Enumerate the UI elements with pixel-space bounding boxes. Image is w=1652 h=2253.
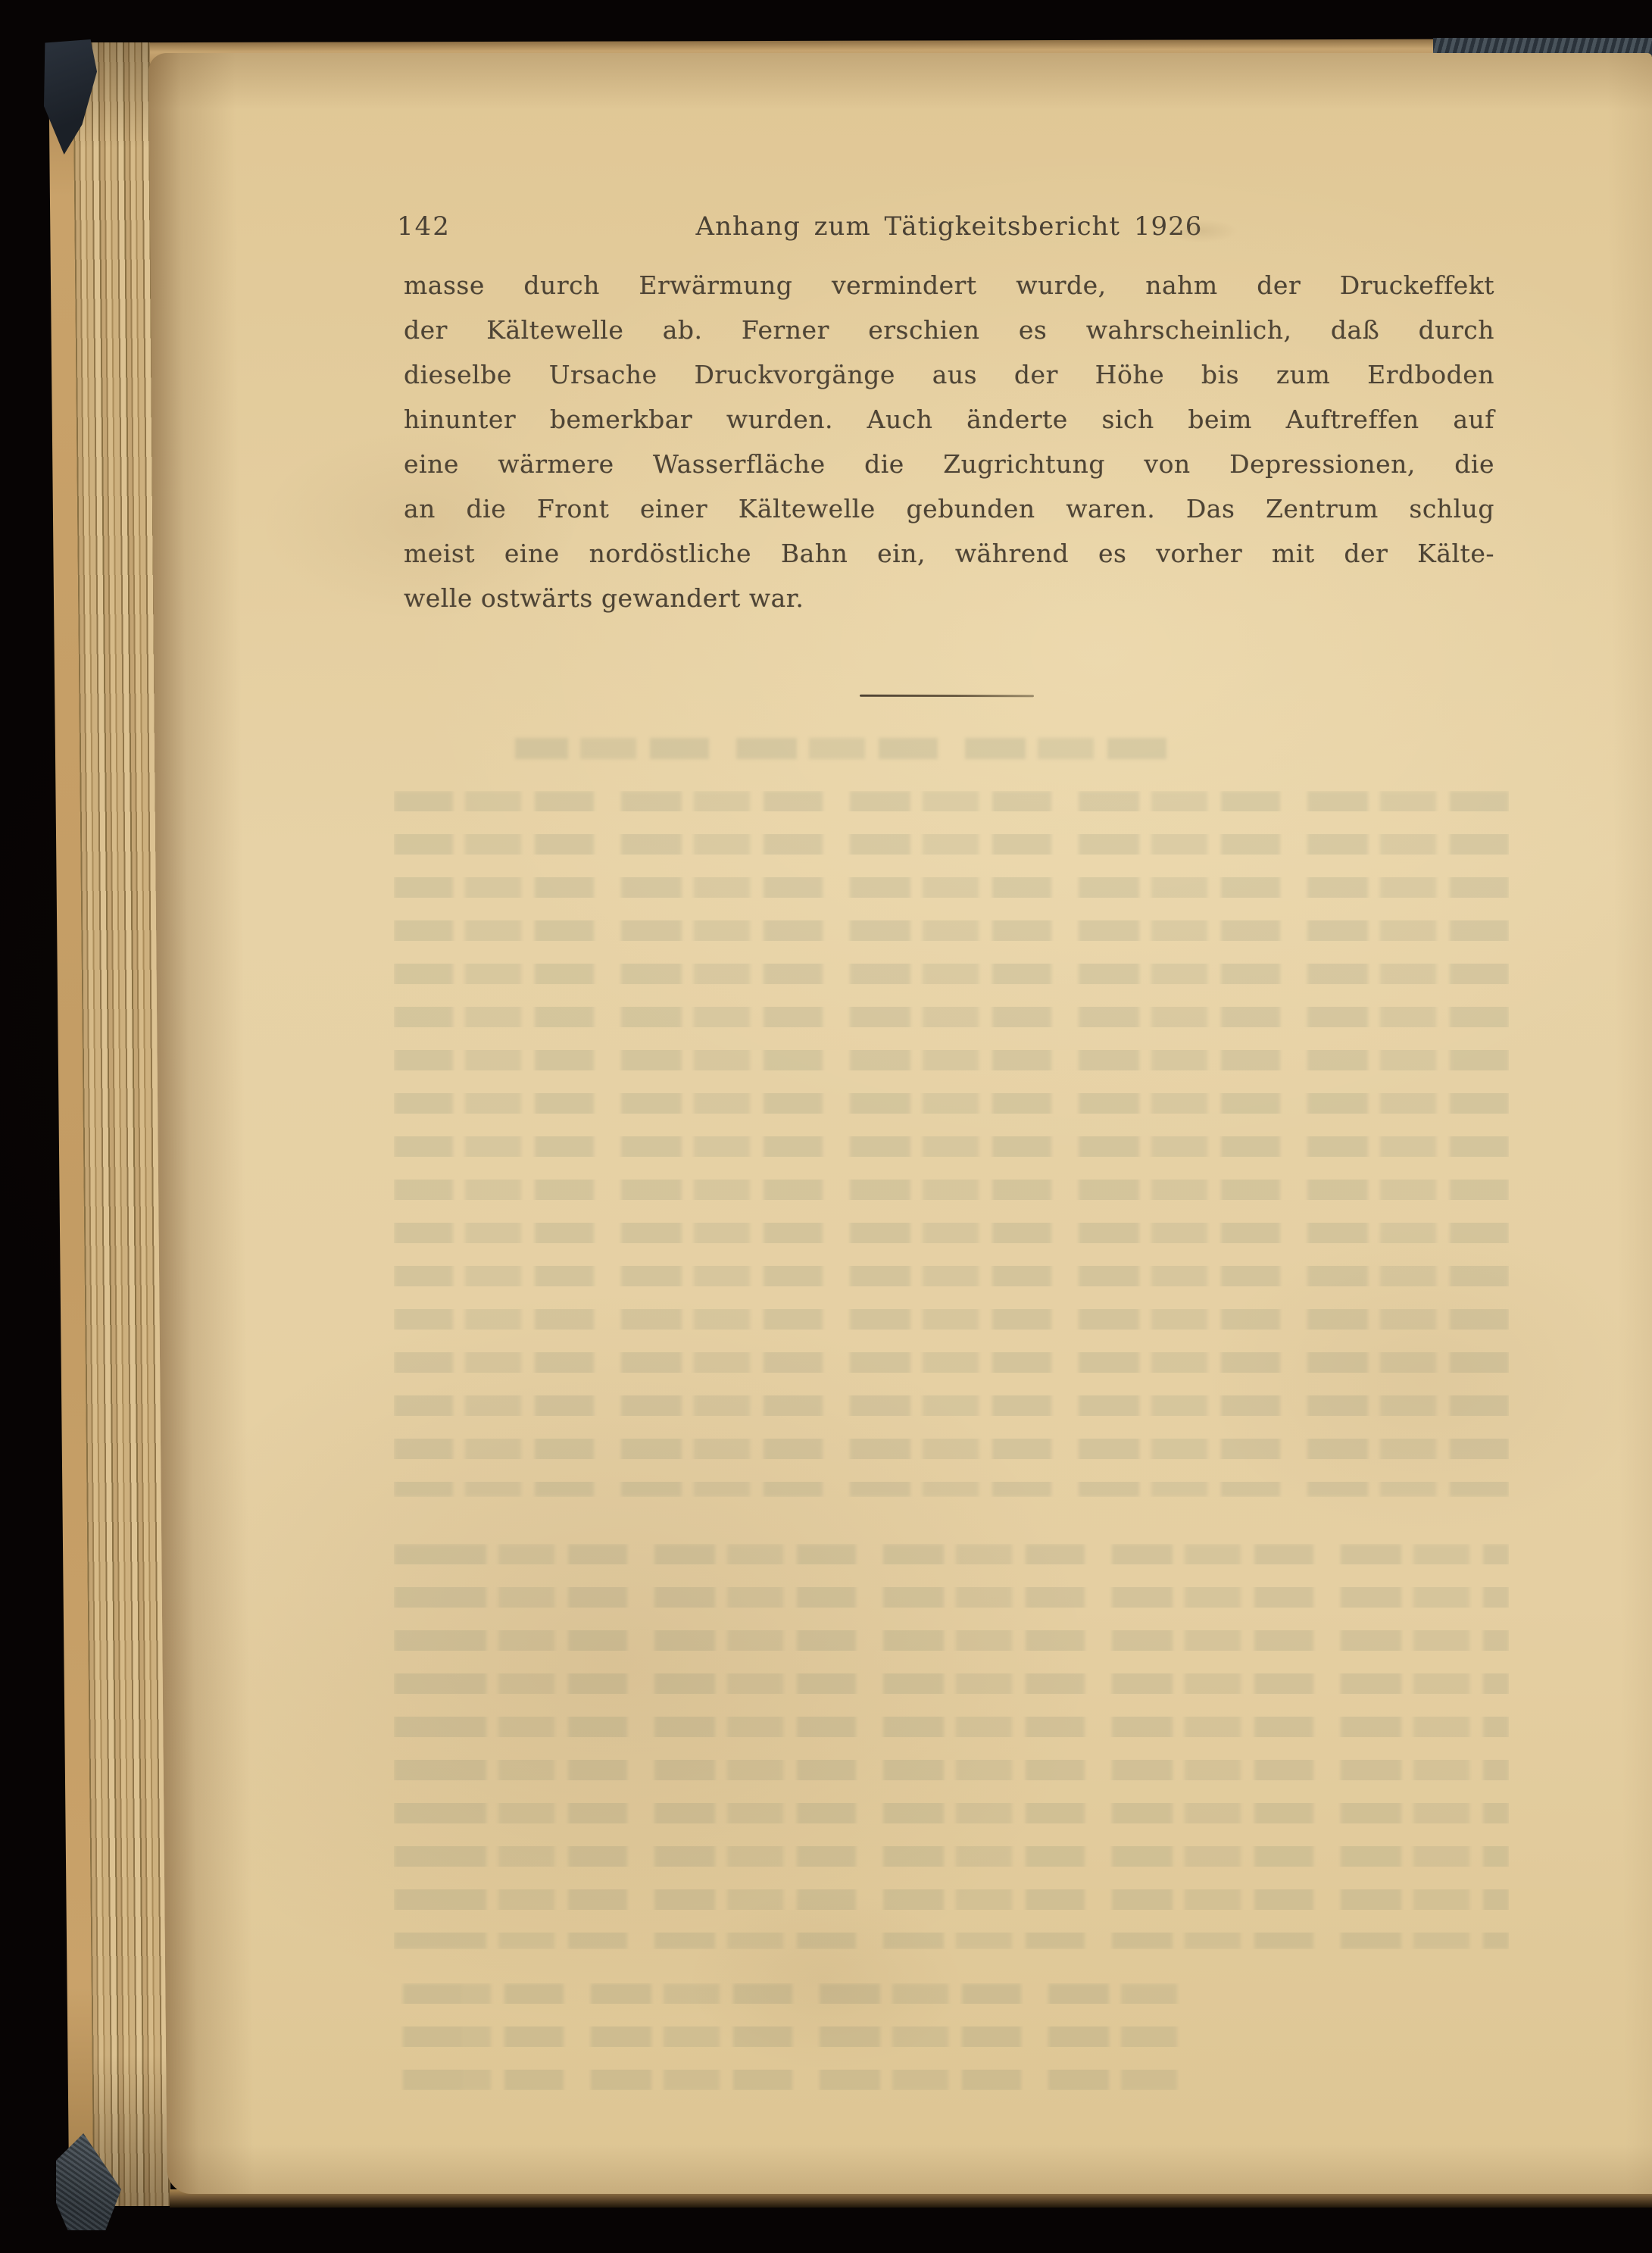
running-header: Anhang zum Tätigkeitsbericht 1926 xyxy=(404,211,1494,242)
body-line: eine wärmere Wasserfläche die Zugrichtun… xyxy=(404,442,1494,486)
body-line: an die Front einer Kältewelle gebunden w… xyxy=(404,486,1494,531)
section-divider-rule xyxy=(860,695,1034,698)
book-scan: 142 Anhang zum Tätigkeitsbericht 1926 ma… xyxy=(0,0,1652,2253)
showthrough-text-block xyxy=(394,1544,1509,1949)
showthrough-text-block xyxy=(394,1983,1182,2091)
body-line: hinunter bemerkbar wurden. Auch änderte … xyxy=(404,397,1494,442)
showthrough-text-block xyxy=(394,791,1509,1497)
body-line: welle ostwärts gewandert war. xyxy=(404,576,1494,620)
body-line: dieselbe Ursache Druckvorgänge aus der H… xyxy=(404,352,1494,397)
showthrough-text-line xyxy=(515,738,1166,759)
body-text: masse durch Erwärmung vermindert wurde, … xyxy=(404,263,1494,620)
body-line: der Kältewelle ab. Ferner erschien es wa… xyxy=(404,308,1494,352)
body-line: masse durch Erwärmung vermindert wurde, … xyxy=(404,263,1494,308)
body-line: meist eine nordöstliche Bahn ein, währen… xyxy=(404,531,1494,576)
